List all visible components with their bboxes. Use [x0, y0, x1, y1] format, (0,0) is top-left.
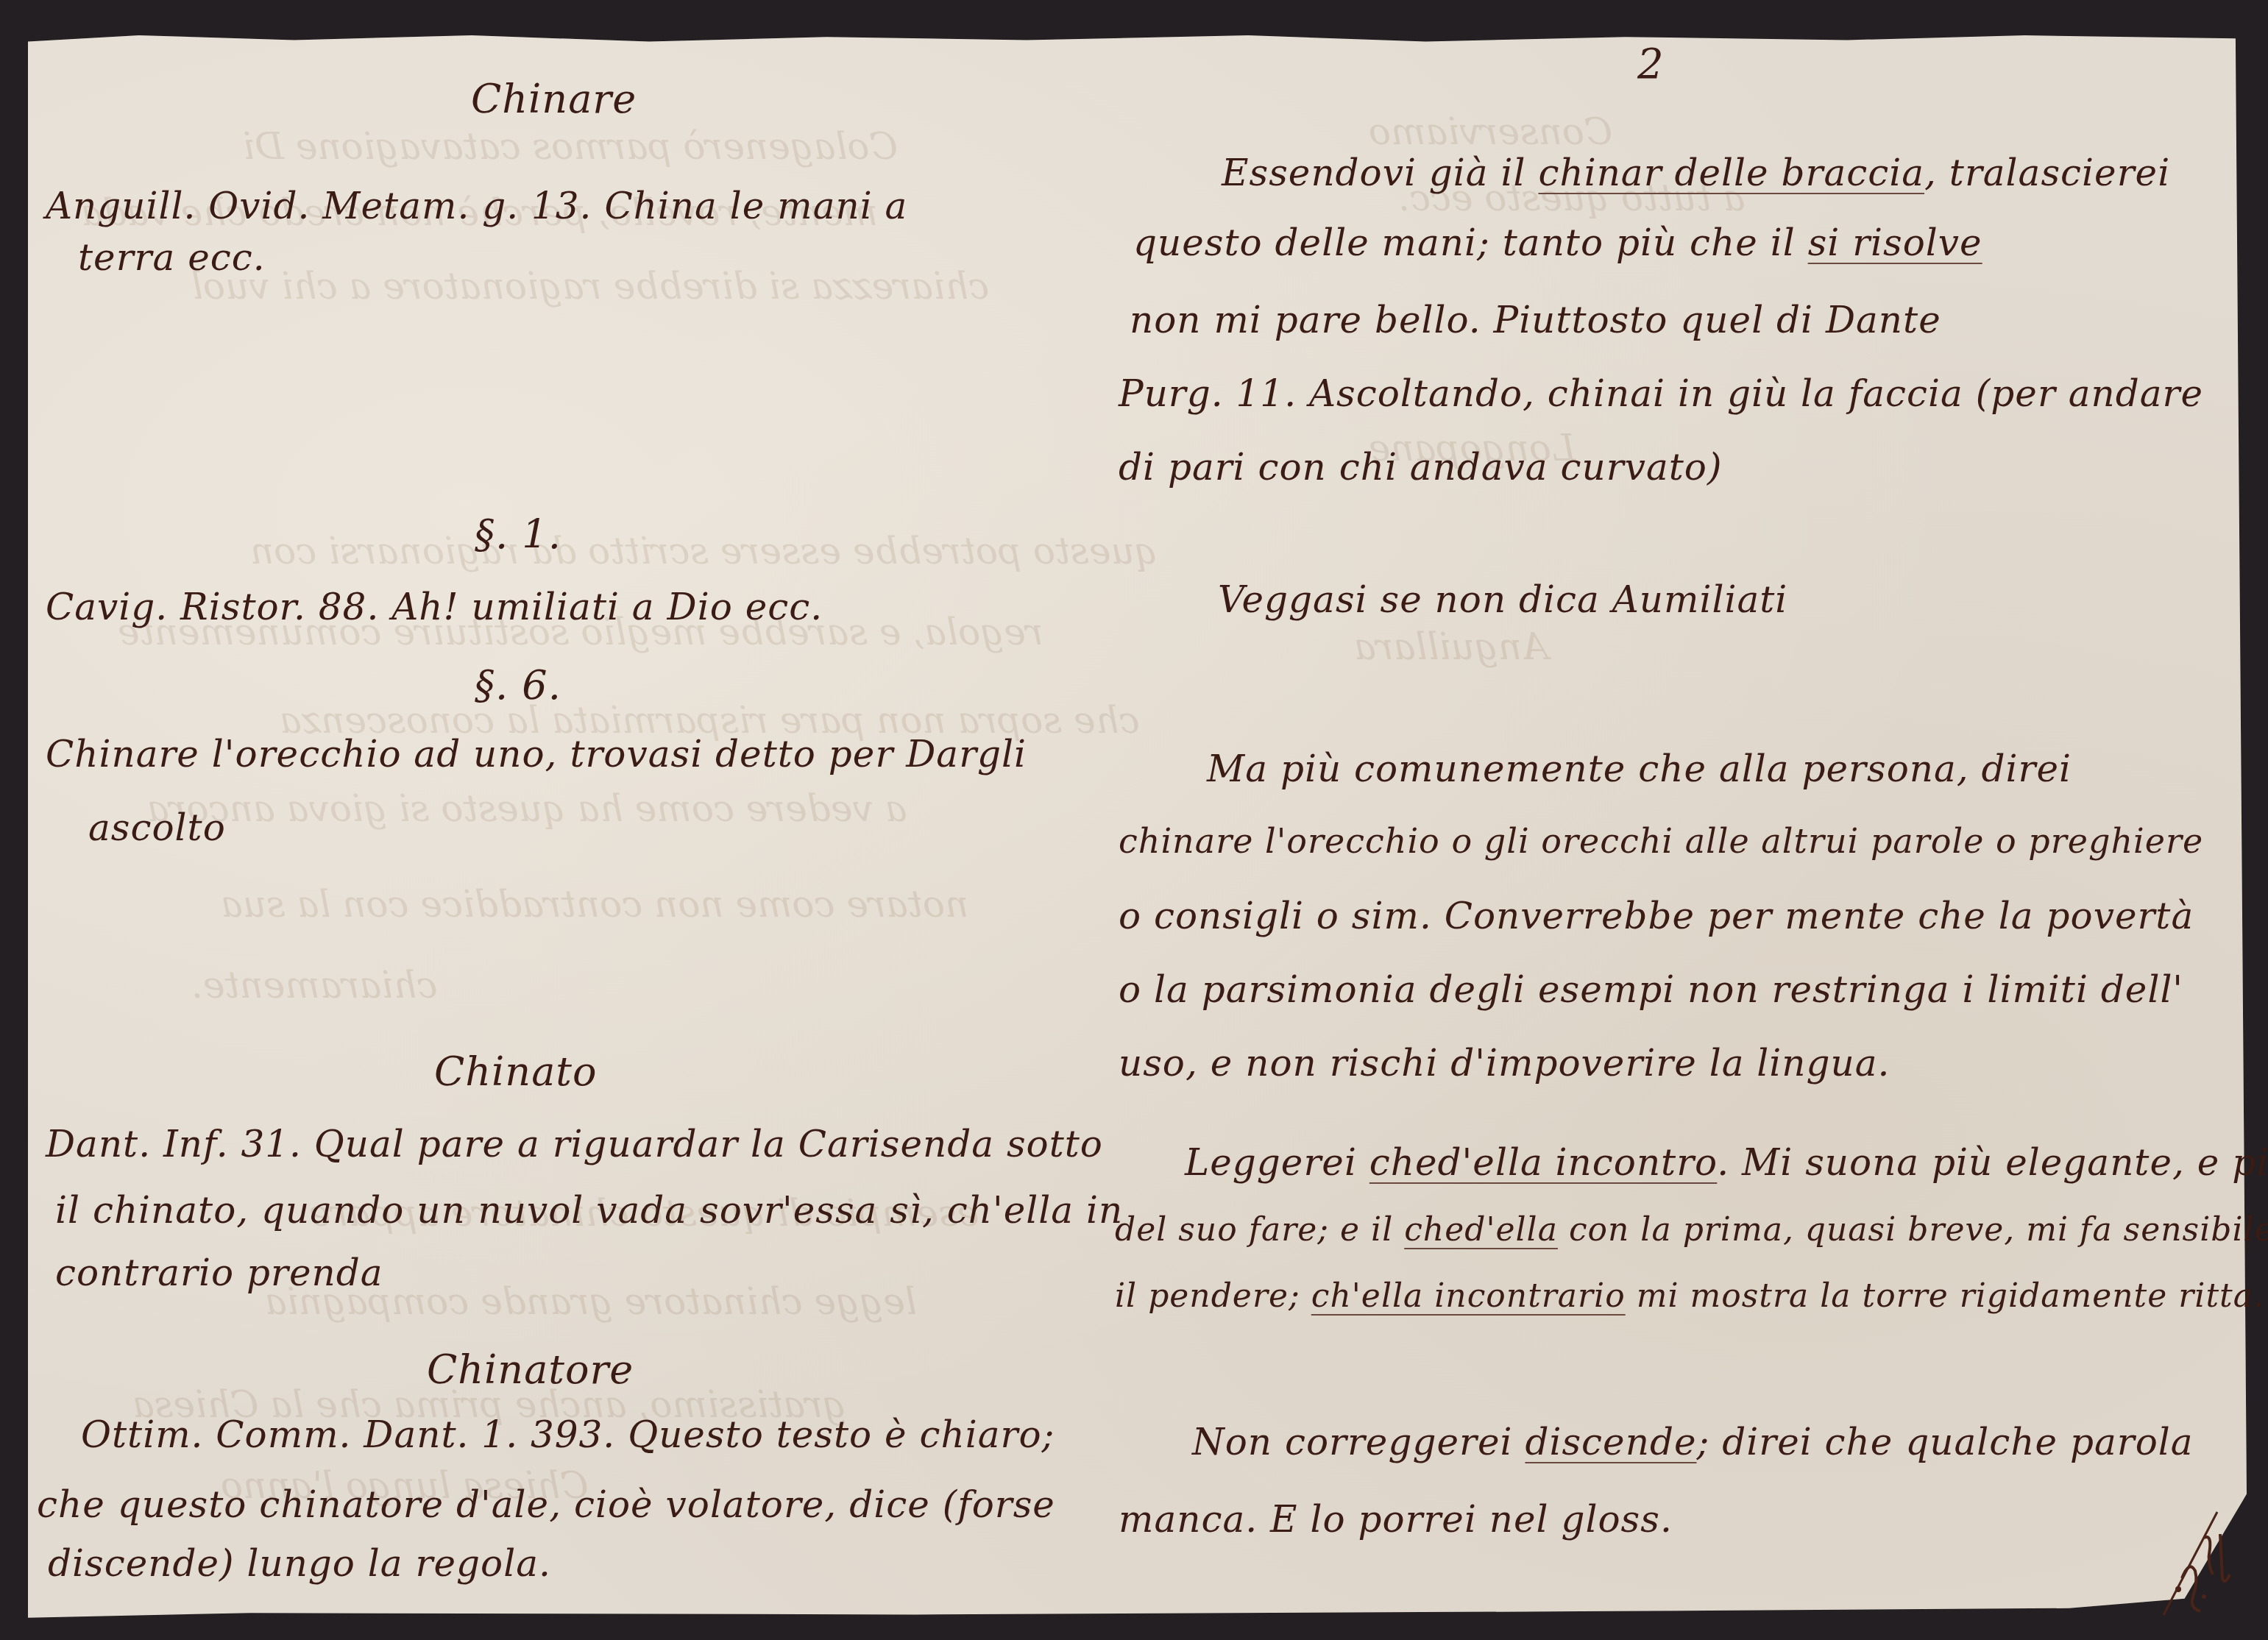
text-run: Leggerei	[1185, 1141, 1369, 1184]
commentary-line: questo delle mani; tanto più che il si r…	[1133, 224, 1982, 261]
bleed-through-text: questo potrebbe essere scritto da ragion…	[250, 530, 1158, 572]
commentary-line: uso, e non rischi d'impoverire la lingua…	[1119, 1045, 1890, 1082]
bleed-through-text: chiarezza si direbbe ragionatore a chi v…	[191, 265, 989, 308]
entry-line: Dant. Inf. 31. Qual pare a riguardar la …	[46, 1126, 1103, 1162]
bleed-through-text: Anguillara	[1354, 625, 1548, 668]
text-run: Essendovi già il	[1222, 152, 1538, 194]
entry-line: Anguill. Ovid. Metam. g. 13. China le ma…	[46, 188, 907, 224]
underlined-phrase: discende	[1525, 1421, 1696, 1463]
text-run: Non correggerei	[1192, 1421, 1525, 1463]
section-heading-6: §. 6.	[475, 666, 561, 706]
entry-line: Cavig. Ristor. 88. Ah! umiliati a Dio ec…	[46, 589, 823, 625]
bleed-through-text: Colagenerò parmos catavagione Di	[243, 125, 898, 168]
commentary-line: non mi pare bello. Piuttosto quel di Dan…	[1130, 302, 1941, 338]
commentary-line: o consigli o sim. Converrebbe per mente …	[1119, 898, 2194, 934]
entry-line: terra ecc.	[78, 239, 266, 276]
text-run: con la prima, quasi breve, mi fa sensibi…	[1558, 1211, 2268, 1249]
entry-heading-chinato: Chinato	[434, 1052, 598, 1092]
bleed-through-text: chiaramente.	[191, 964, 438, 1007]
commentary-line: Veggasi se non dica Aumiliati	[1218, 581, 1787, 618]
text-run: ; direi che qualche parola	[1697, 1421, 2194, 1463]
page-number: 2	[1637, 44, 1665, 85]
underlined-phrase: ched'ella	[1404, 1211, 1558, 1249]
text-run: . Mi suona più elegante, e più	[1717, 1141, 2268, 1184]
entry-line: che questo chinatore d'ale, cioè volator…	[37, 1486, 1055, 1523]
text-run: questo delle mani; tanto più che il	[1133, 221, 1808, 264]
text-run: mi mostra la torre rigidamente ritta.	[1626, 1277, 2264, 1315]
section-heading-1: §. 1.	[475, 515, 561, 555]
commentary-line: di pari con chi andava curvato)	[1119, 449, 1722, 486]
commentary-line: Non correggerei discende; direi che qual…	[1192, 1424, 2194, 1460]
bleed-through-text: Conserviamo	[1369, 110, 1612, 153]
commentary-line: Leggerei ched'ella incontro. Mi suona pi…	[1185, 1144, 2268, 1181]
entry-line: il chinato, quando un nuvol vada sovr'es…	[55, 1192, 1123, 1229]
commentary-line: del suo fare; e il ched'ella con la prim…	[1115, 1214, 2268, 1246]
commentary-line: Ma più comunemente che alla persona, dir…	[1207, 750, 2072, 787]
text-run: del suo fare; e il	[1115, 1211, 1404, 1249]
commentary-line: Essendovi già il chinar delle braccia, t…	[1222, 155, 2170, 191]
commentary-line: Purg. 11. Ascoltando, chinai in giù la f…	[1119, 375, 2203, 412]
entry-line: contrario prenda	[55, 1254, 383, 1291]
underlined-phrase: ch'ella incontrario	[1311, 1277, 1626, 1315]
entry-line: discende) lungo la regola.	[48, 1545, 551, 1582]
underlined-phrase: chinar delle braccia	[1538, 152, 1924, 194]
signature-initials	[2160, 1508, 2233, 1619]
entry-heading-chinare: Chinare	[471, 79, 637, 119]
entry-heading-chinatore: Chinatore	[427, 1350, 634, 1390]
underlined-phrase: si risolve	[1808, 221, 1982, 264]
commentary-line: manca. E lo porrei nel gloss.	[1119, 1501, 1673, 1538]
entry-line: ascolto	[88, 809, 226, 846]
underlined-phrase: ched'ella incontro	[1369, 1141, 1718, 1184]
commentary-line: o la parsimonia degli esempi non restrin…	[1119, 971, 2183, 1008]
commentary-line: chinare l'orecchio o gli orecchi alle al…	[1119, 824, 2203, 858]
bleed-through-text: notare come non contraddice con la sua	[221, 883, 968, 926]
commentary-line: il pendere; ch'ella incontrario mi mostr…	[1115, 1280, 2264, 1313]
text-run: , tralascierei	[1924, 152, 2170, 194]
text-run: il pendere;	[1115, 1277, 1311, 1315]
bleed-through-text: a vedere come ha questo si giova ancora	[147, 787, 907, 830]
entry-line: Ottim. Comm. Dant. 1. 393. Questo testo …	[81, 1416, 1055, 1453]
entry-line: Chinare l'orecchio ad uno, trovasi detto…	[46, 736, 1027, 773]
